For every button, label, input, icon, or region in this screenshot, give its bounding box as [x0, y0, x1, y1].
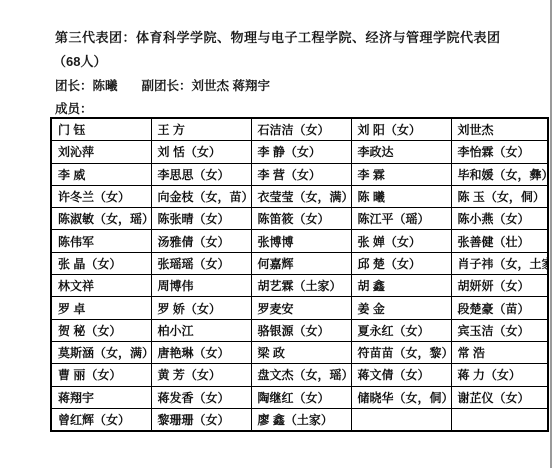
member-cell: 周博伟 — [151, 275, 251, 297]
table-row: 贺 秘（女）柏小江骆银源（女）夏永红（女）宾玉洁（女） — [51, 319, 548, 341]
member-cell: 陈淑敏（女，瑶） — [51, 208, 151, 230]
member-cell: 张 婵（女） — [351, 230, 451, 252]
member-cell: 胡妍妍（女） — [451, 275, 548, 297]
page-edge-divider — [550, 0, 552, 468]
member-cell: 储晓华（女，侗） — [351, 386, 451, 408]
member-cell: 柏小江 — [151, 319, 251, 341]
table-row: 莫斯涵（女，满）唐艳琳（女）梁 政符苗苗（女，黎）常 浩 — [51, 341, 548, 363]
member-cell: 张善健（壮） — [451, 230, 548, 252]
member-cell: 刘沁萍 — [51, 141, 151, 163]
member-cell: 刘 恬（女） — [151, 141, 251, 163]
table-row: 曾红辉（女）黎珊珊（女）廖 鑫（土家） — [51, 408, 548, 431]
member-cell: 段楚豪（苗） — [451, 297, 548, 319]
member-cell: 罗 娇（女） — [151, 297, 251, 319]
member-cell: 夏永红（女） — [351, 319, 451, 341]
member-cell: 石洁洁（女） — [251, 118, 351, 141]
document-page: 第三代表团：体育科学学院、物理与电子工程学院、经济与管理学院代表团 （68人） … — [0, 0, 554, 468]
member-cell: 黎珊珊（女） — [151, 408, 251, 431]
member-cell: 李政达 — [351, 141, 451, 163]
member-cell: 邱 楚（女） — [351, 252, 451, 274]
member-cell: 毕和媛（女，彝） — [451, 163, 548, 185]
member-cell: 陈江平（瑶） — [351, 208, 451, 230]
member-cell: 汤雅倩（女） — [151, 230, 251, 252]
members-table: 门 钰王 方石洁洁（女）刘 阳（女）刘世杰刘沁萍刘 恬（女）李 静（女）李政达李… — [50, 117, 549, 432]
member-cell: 谢芷仪（女） — [451, 386, 548, 408]
member-cell: 林文祥 — [51, 275, 151, 297]
member-cell: 蒋发香（女） — [151, 386, 251, 408]
member-cell: 李怡霖（女） — [451, 141, 548, 163]
member-cell: 陈伟军 — [51, 230, 151, 252]
member-cell: 陈 曦 — [351, 185, 451, 207]
leader-label: 团长： — [55, 79, 93, 93]
leaders-line: 团长：陈曦副团长：刘世杰 蒋翔宇 — [55, 76, 270, 94]
member-cell: 罗 卓 — [51, 297, 151, 319]
member-cell: 李思思（女） — [151, 163, 251, 185]
member-cell: 胡艺霖（土家） — [251, 275, 351, 297]
member-cell — [451, 408, 548, 431]
member-cell: 黄 芳（女） — [151, 364, 251, 386]
member-cell: 陈张晴（女） — [151, 208, 251, 230]
member-cell: 骆银源（女） — [251, 319, 351, 341]
member-cell: 符苗苗（女，黎） — [351, 341, 451, 363]
member-cell: 廖 鑫（土家） — [251, 408, 351, 431]
member-cell: 罗麦安 — [251, 297, 351, 319]
table-row: 许冬兰（女）向金枝（女，苗）衣莹莹（女，满）陈 曦陈 玉（女，侗） — [51, 185, 548, 207]
members-table-body: 门 钰王 方石洁洁（女）刘 阳（女）刘世杰刘沁萍刘 恬（女）李 静（女）李政达李… — [51, 118, 548, 431]
member-cell: 向金枝（女，苗） — [151, 185, 251, 207]
member-cell: 蒋 力（女） — [451, 364, 548, 386]
member-cell: 衣莹莹（女，满） — [251, 185, 351, 207]
member-cell — [351, 408, 451, 431]
member-cell: 张博博 — [251, 230, 351, 252]
member-cell: 陈笛筱（女） — [251, 208, 351, 230]
table-row: 蒋翔宇蒋发香（女）陶继红（女）储晓华（女，侗）谢芷仪（女） — [51, 386, 548, 408]
member-cell: 何嘉辉 — [251, 252, 351, 274]
members-label: 成员： — [55, 99, 93, 117]
member-cell: 刘世杰 — [451, 118, 548, 141]
member-cell: 蒋文倩（女） — [351, 364, 451, 386]
member-cell: 姜 金 — [351, 297, 451, 319]
table-row: 陈淑敏（女，瑶）陈张晴（女）陈笛筱（女）陈江平（瑶）陈小燕（女） — [51, 208, 548, 230]
member-cell: 曾红辉（女） — [51, 408, 151, 431]
table-row: 李 威李思思（女）李 营（女）李 霖毕和媛（女，彝） — [51, 163, 548, 185]
member-cell: 许冬兰（女） — [51, 185, 151, 207]
member-cell: 张瑶瑶（女） — [151, 252, 251, 274]
member-cell: 宾玉洁（女） — [451, 319, 548, 341]
member-cell: 胡 鑫 — [351, 275, 451, 297]
member-cell: 陈小燕（女） — [451, 208, 548, 230]
deputy-leader-label: 副团长： — [142, 79, 192, 93]
table-row: 门 钰王 方石洁洁（女）刘 阳（女）刘世杰 — [51, 118, 548, 141]
member-cell: 常 浩 — [451, 341, 548, 363]
member-count: （68人） — [53, 51, 106, 70]
member-cell: 李 威 — [51, 163, 151, 185]
member-cell: 贺 秘（女） — [51, 319, 151, 341]
table-row: 张 晶（女）张瑶瑶（女）何嘉辉邱 楚（女）肖子祎（女，土家） — [51, 252, 548, 274]
member-cell: 李 霖 — [351, 163, 451, 185]
member-cell: 李 营（女） — [251, 163, 351, 185]
table-row: 罗 卓罗 娇（女）罗麦安姜 金段楚豪（苗） — [51, 297, 548, 319]
deputy-leader-names: 刘世杰 蒋翔宇 — [192, 79, 270, 93]
member-cell: 唐艳琳（女） — [151, 341, 251, 363]
member-cell: 刘 阳（女） — [351, 118, 451, 141]
leader-name: 陈曦 — [93, 79, 118, 93]
member-cell: 陈 玉（女，侗） — [451, 185, 548, 207]
member-cell: 李 静（女） — [251, 141, 351, 163]
table-row: 林文祥周博伟胡艺霖（土家）胡 鑫胡妍妍（女） — [51, 275, 548, 297]
member-cell: 盘文杰（女，瑶） — [251, 364, 351, 386]
table-row: 刘沁萍刘 恬（女）李 静（女）李政达李怡霖（女） — [51, 141, 548, 163]
member-cell: 张 晶（女） — [51, 252, 151, 274]
member-cell: 蒋翔宇 — [51, 386, 151, 408]
member-cell: 门 钰 — [51, 118, 151, 141]
document-title: 第三代表团：体育科学学院、物理与电子工程学院、经济与管理学院代表团 — [55, 27, 501, 46]
table-row: 陈伟军汤雅倩（女）张博博张 婵（女）张善健（壮） — [51, 230, 548, 252]
member-cell: 陶继红（女） — [251, 386, 351, 408]
member-cell: 肖子祎（女，土家） — [451, 252, 548, 274]
member-cell: 王 方 — [151, 118, 251, 141]
member-cell: 莫斯涵（女，满） — [51, 341, 151, 363]
table-row: 曹 丽（女）黄 芳（女）盘文杰（女，瑶）蒋文倩（女）蒋 力（女） — [51, 364, 548, 386]
member-cell: 曹 丽（女） — [51, 364, 151, 386]
member-cell: 梁 政 — [251, 341, 351, 363]
